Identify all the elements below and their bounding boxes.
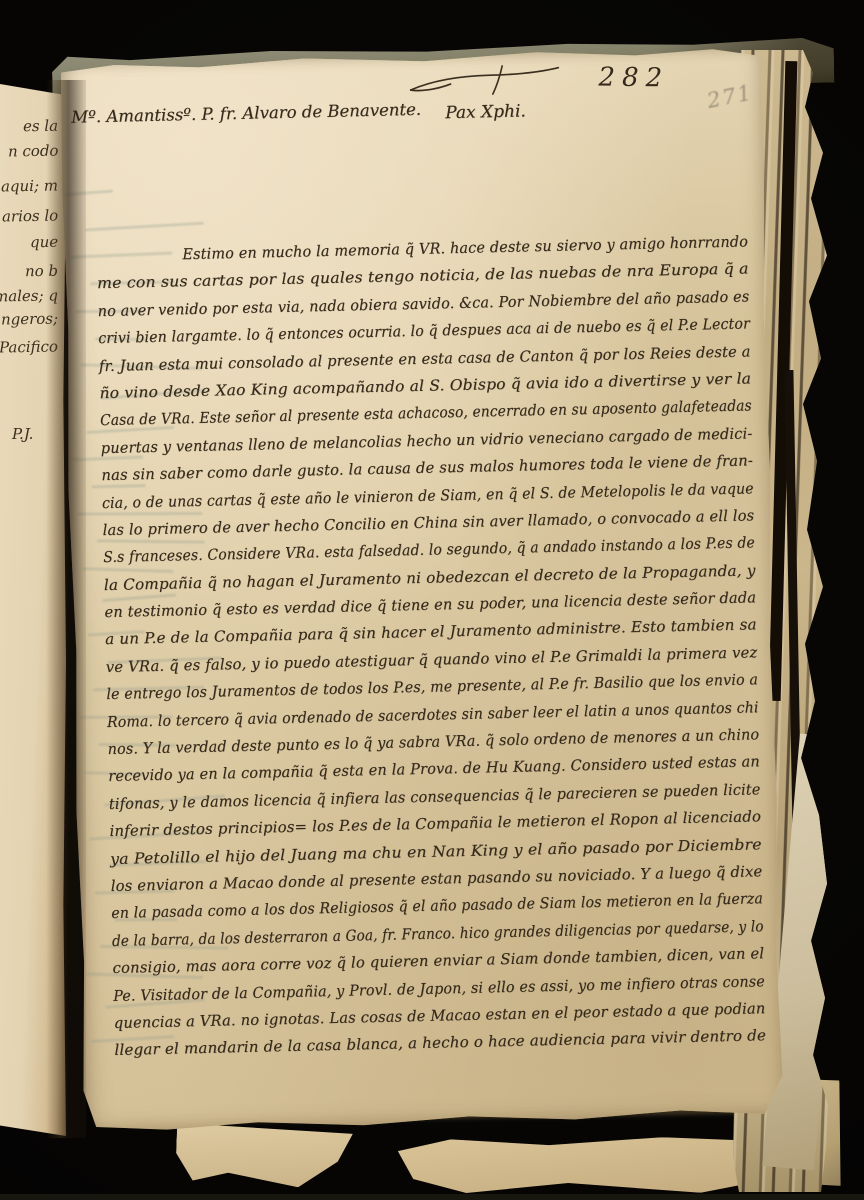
book-gutter-shadow xyxy=(46,80,86,1138)
salutation-pax-christi: Pax Xphi. xyxy=(445,101,526,123)
archival-manuscript-photo: P.J. es lan codoaqui; marios loqueno bma… xyxy=(0,0,864,1200)
torn-paper-piece xyxy=(398,1136,777,1196)
margin-note: P.J. xyxy=(12,425,33,443)
manuscript-page: 282 271 Mº. Amantissº. P. fr. Alvaro de … xyxy=(58,46,786,1134)
scan-bed-edge xyxy=(0,1194,864,1200)
addressee-line: Mº. Amantissº. P. fr. Alvaro de Benavent… xyxy=(71,100,421,127)
folio-number-ink: 282 xyxy=(598,63,669,94)
cross-mark xyxy=(406,62,567,100)
show-through-line xyxy=(85,222,204,231)
letter-body: Estimo en mucho la memoria q̃ VR. hace d… xyxy=(96,232,766,1068)
folio-number-pencil: 271 xyxy=(705,80,755,113)
